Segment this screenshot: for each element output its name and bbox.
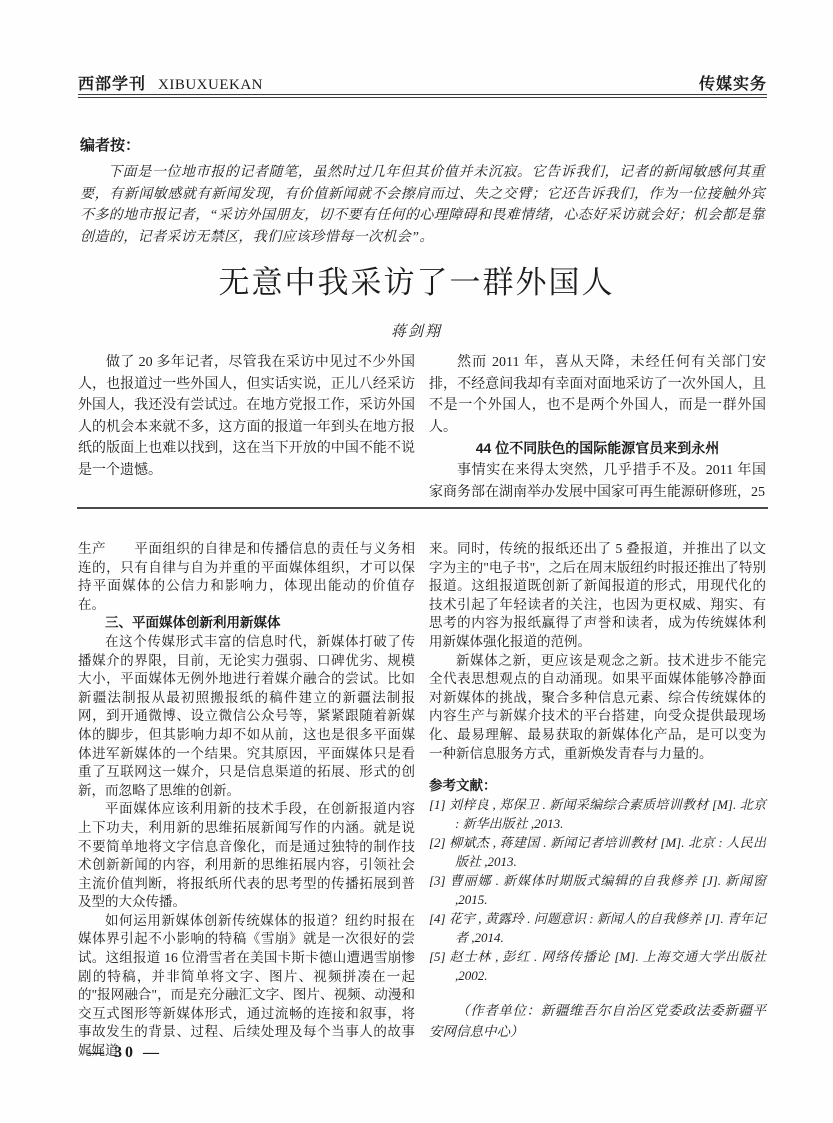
reference-item: [2] 柳斌杰 , 蒋建国 . 新闻记者培训教材 [M]. 北京 : 人民出版社…: [429, 833, 766, 871]
article2-body: 生产 平面组织的自律是和传播信息的责任与义务相连的，只有自律与自为并重的平面媒体…: [78, 540, 766, 1061]
page-header: 西部学刊 XIBUXUEKAN 传媒实务: [78, 71, 767, 94]
paragraph: 新媒体之新，更应该是观念之新。技术进步不能完全代表思想观点的自动涌现。如果平面媒…: [429, 652, 766, 764]
article1-left-column: 做了 20 多年记者，尽管我在采访中见过不少外国人，也报道过一些外国人，但实话实…: [78, 352, 415, 503]
reference-item: [4] 花宇 , 黄露玲 . 问题意识 : 新闻人的自我修养 [J]. 青年记者…: [429, 909, 766, 947]
article1-right-column: 然而 2011 年，喜从天降，未经任何有关部门安排，不经意间我却有幸面对面地采访…: [429, 352, 766, 503]
references-list: [1] 刘梓良 , 郑保卫 . 新闻采编综合素质培训教材 [M]. 北京 : 新…: [429, 795, 766, 985]
journal-name-cn: 西部学刊: [78, 71, 146, 94]
article2-subheading: 三、平面媒体创新利用新媒体: [78, 614, 415, 633]
paragraph: 平面媒体应该利用新的技术手段，在创新报道内容上下功夫，利用新的思维拓展新闻写作的…: [78, 800, 415, 912]
article2-left-column: 生产 平面组织的自律是和传播信息的责任与义务相连的，只有自律与自为并重的平面媒体…: [78, 540, 415, 1061]
references-heading: 参考文献：: [429, 776, 766, 795]
journal-masthead: 西部学刊 XIBUXUEKAN: [78, 71, 263, 94]
reference-item: [5] 赵士林 , 彭红 . 网络传播论 [M]. 上海交通大学出版社 ,200…: [429, 947, 766, 985]
header-double-rule: [78, 94, 767, 98]
reference-item: [3] 曹丽娜 . 新媒体时期版式编辑的自我修养 [J]. 新闻窗 ,2015.: [429, 871, 766, 909]
editor-note: 编者按： 下面是一位地市报的记者随笔，虽然时过几年但其价值并未沉寂。它告诉我们，…: [80, 134, 765, 248]
paragraph: 来。同时，传统的报纸还出了 5 叠报道，并推出了以文字为主的"电子书"，之后在周…: [429, 540, 766, 652]
journal-page: 西部学刊 XIBUXUEKAN 传媒实务 编者按： 下面是一位地市报的记者随笔，…: [0, 0, 833, 1123]
article2-right-column: 来。同时，传统的报纸还出了 5 叠报道，并推出了以文字为主的"电子书"，之后在周…: [429, 540, 766, 1061]
page-number: — 30 —: [88, 1044, 162, 1062]
paragraph: 然而 2011 年，喜从天降，未经任何有关部门安排，不经意间我却有幸面对面地采访…: [429, 352, 766, 438]
article-author: 蒋剑翔: [0, 320, 833, 341]
article1-body: 做了 20 多年记者，尽管我在采访中见过不少外国人，也报道过一些外国人，但实话实…: [78, 352, 766, 503]
paragraph: 事情实在来得太突然，几乎措手不及。2011 年国家商务部在湖南举办发展中国家可再…: [429, 460, 766, 503]
paragraph: 如何运用新媒体创新传统媒体的报道？纽约时报在媒体界引起不小影响的特稿《雪崩》就是…: [78, 912, 415, 1061]
article-separator-rule: [77, 507, 768, 509]
author-affiliation: （作者单位：新疆维吾尔自治区党委政法委新疆平安网信息中心）: [429, 1000, 766, 1042]
article-title: 无意中我采访了一群外国人: [0, 257, 833, 302]
paragraph: 做了 20 多年记者，尽管我在采访中见过不少外国人，也报道过一些外国人，但实话实…: [78, 352, 415, 482]
editor-note-label: 编者按：: [80, 134, 765, 155]
article1-subheading: 44 位不同肤色的国际能源官员来到永州: [429, 438, 766, 460]
reference-item: [1] 刘梓良 , 郑保卫 . 新闻采编综合素质培训教材 [M]. 北京 : 新…: [429, 795, 766, 833]
editor-note-body: 下面是一位地市报的记者随笔，虽然时过几年但其价值并未沉寂。它告诉我们，记者的新闻…: [80, 162, 765, 248]
paragraph: 在这个传媒形式丰富的信息时代，新媒体打破了传播媒介的界限，目前，无论实力强弱、口…: [78, 633, 415, 800]
column-section-name: 传媒实务: [699, 71, 767, 94]
journal-name-en: XIBUXUEKAN: [158, 77, 263, 94]
paragraph: 生产 平面组织的自律是和传播信息的责任与义务相连的，只有自律与自为并重的平面媒体…: [78, 540, 415, 614]
